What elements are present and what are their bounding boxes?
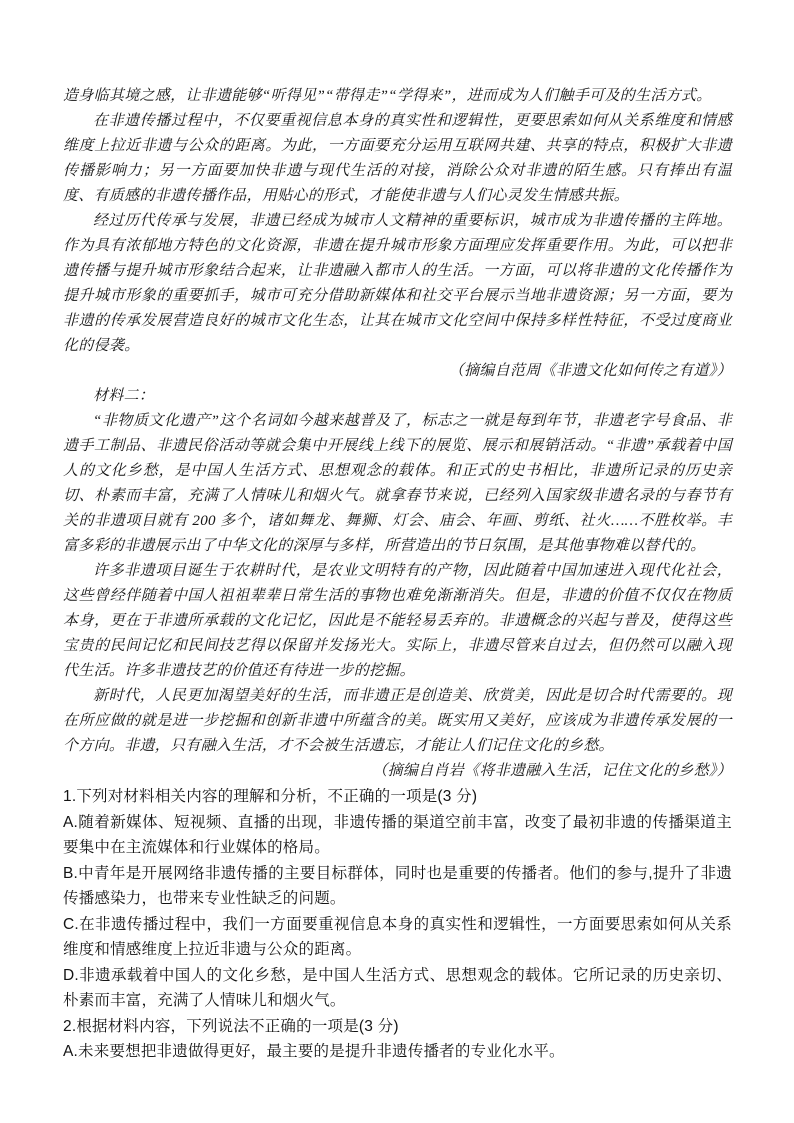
material-two-paragraph: “非物质文化遗产”这个名词如今越来越普及了，标志之一就是每到年节，非遗老字号食品… (63, 409, 732, 559)
reading-passage: 造身临其境之感，让非遗能够“听得见”“带得走”“学得来”，进而成为人们触手可及的… (63, 84, 732, 784)
material-two-citation: （摘编自肖岩《将非遗融入生活，记住文化的乡愁》） (63, 759, 732, 784)
exam-document-page: 造身临其境之感，让非遗能够“听得见”“带得走”“学得来”，进而成为人们触手可及的… (0, 0, 794, 1123)
question-1-option-b: B.中青年是开展网络非遗传播的主要目标群体，同时也是重要的传播者。他们的参与,提… (63, 861, 732, 912)
material-two-label: 材料二： (63, 384, 732, 409)
question-1-option-d: D.非遗承载着中国人的文化乡愁，是中国人生活方式、思想观念的载体。它所记录的历史… (63, 963, 732, 1014)
question-1-option-a: A.随着新媒体、短视频、直播的出现，非遗传播的渠道空前丰富，改变了最初非遗的传播… (63, 810, 732, 861)
material-two-paragraph: 新时代，人民更加渴望美好的生活，而非遗正是创造美、欣赏美，因此是切合时代需要的。… (63, 684, 732, 759)
question-2-stem: 2.根据材料内容，下列说法不正确的一项是(3 分) (63, 1014, 732, 1040)
material-two-paragraph: 许多非遗项目诞生于农耕时代，是农业文明特有的产物，因此随着中国加速进入现代化社会… (63, 559, 732, 684)
material-one-paragraph: 经过历代传承与发展，非遗已经成为城市人文精神的重要标识，城市成为非遗传播的主阵地… (63, 209, 732, 359)
question-1-stem: 1.下列对材料相关内容的理解和分析，不正确的一项是(3 分) (63, 784, 732, 810)
question-2-option-a: A.未来要想把非遗做得更好，最主要的是提升非遗传播者的专业化水平。 (63, 1039, 732, 1065)
material-one-paragraph: 在非遗传播过程中，不仅要重视信息本身的真实性和逻辑性，更要思索如何从关系维度和情… (63, 109, 732, 209)
material-one-paragraph-continuation: 造身临其境之感，让非遗能够“听得见”“带得走”“学得来”，进而成为人们触手可及的… (63, 84, 732, 109)
question-section: 1.下列对材料相关内容的理解和分析，不正确的一项是(3 分) A.随着新媒体、短… (63, 784, 732, 1065)
material-one-citation: （摘编自范周《非遗文化如何传之有道》） (63, 359, 732, 384)
question-1-option-c: C.在非遗传播过程中，我们一方面要重视信息本身的真实性和逻辑性，一方面要思索如何… (63, 912, 732, 963)
